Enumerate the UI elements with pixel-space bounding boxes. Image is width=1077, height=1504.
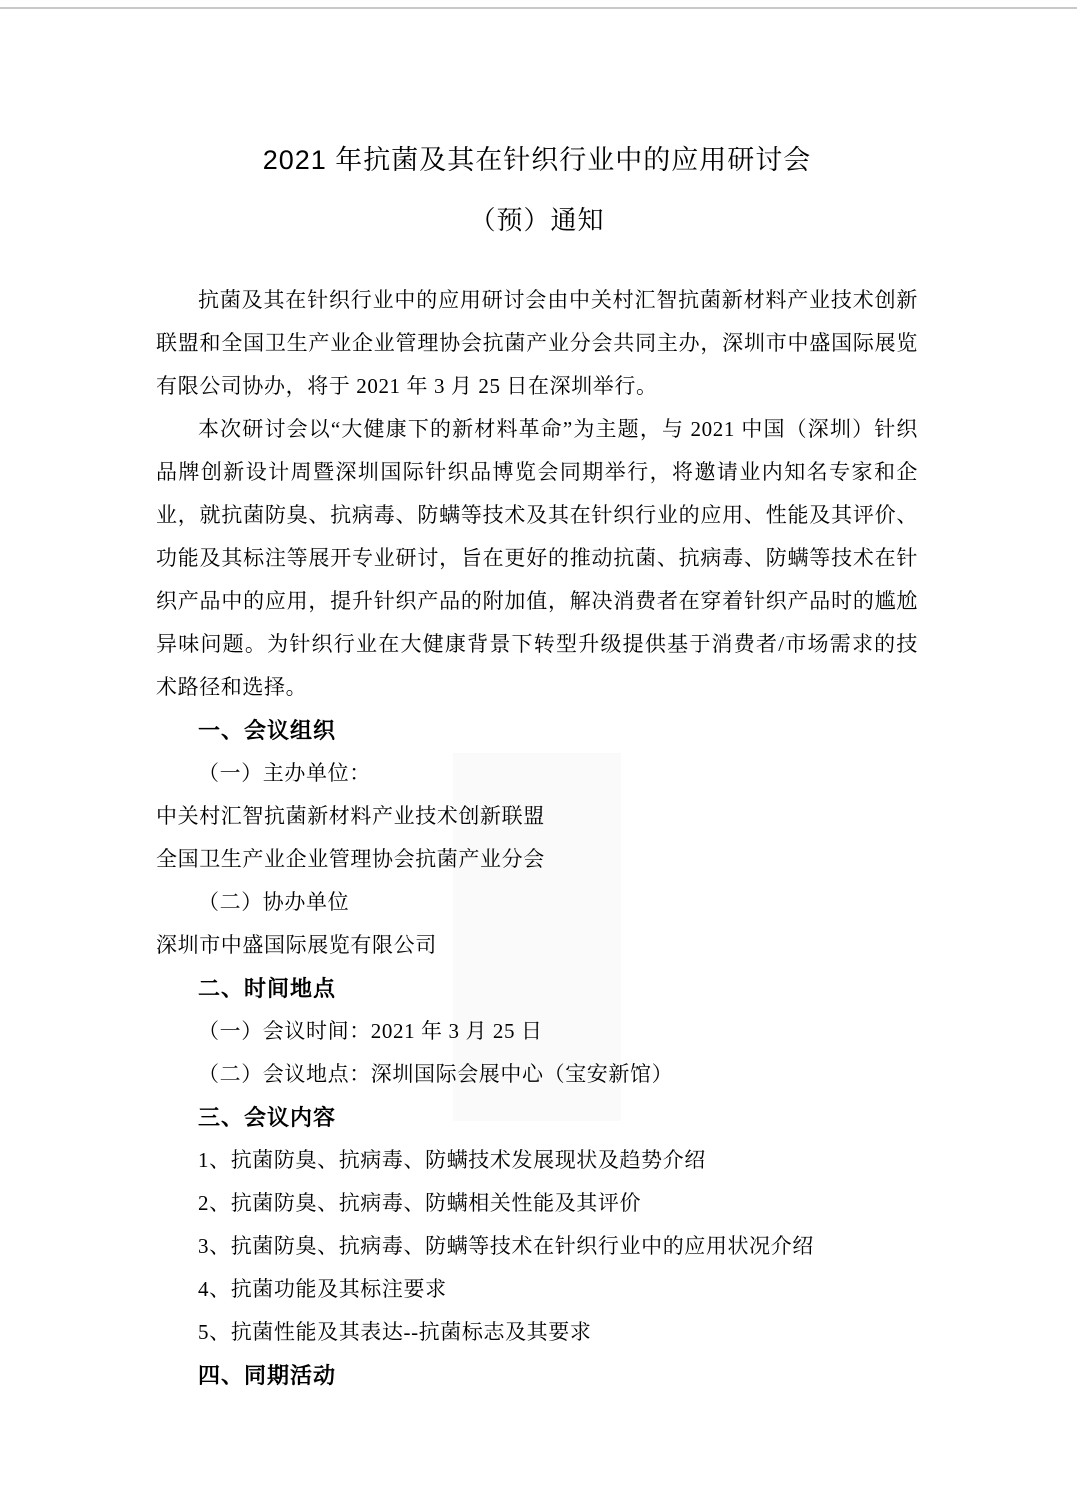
document-subtitle: （预）通知: [156, 203, 918, 237]
doc-line: （二）会议地点：深圳国际会展中心（宝安新馆）: [156, 1053, 918, 1096]
document-body: 抗菌及其在针织行业中的应用研讨会由中关村汇智抗菌新材料产业技术创新联盟和全国卫生…: [156, 279, 918, 1397]
doc-line: （二）协办单位: [156, 881, 918, 924]
doc-line: 4、抗菌功能及其标注要求: [156, 1268, 918, 1311]
section-heading-4: 四、同期活动: [156, 1354, 918, 1397]
doc-line: 1、抗菌防臭、抗病毒、防螨技术发展现状及趋势介绍: [156, 1139, 918, 1182]
doc-line: 2、抗菌防臭、抗病毒、防螨相关性能及其评价: [156, 1182, 918, 1225]
section-heading-3: 三、会议内容: [156, 1096, 918, 1139]
intro-paragraph-2: 本次研讨会以“大健康下的新材料革命”为主题，与 2021 中国（深圳）针织品牌创…: [156, 408, 918, 709]
intro-paragraph-1: 抗菌及其在针织行业中的应用研讨会由中关村汇智抗菌新材料产业技术创新联盟和全国卫生…: [156, 279, 918, 408]
doc-line: 中关村汇智抗菌新材料产业技术创新联盟: [156, 795, 918, 838]
document-page: 2021 年抗菌及其在针织行业中的应用研讨会 （预）通知 抗菌及其在针织行业中的…: [0, 0, 1077, 1504]
doc-line: （一）主办单位：: [156, 752, 918, 795]
doc-line: 全国卫生产业企业管理协会抗菌产业分会: [156, 838, 918, 881]
document-content: 2021 年抗菌及其在针织行业中的应用研讨会 （预）通知 抗菌及其在针织行业中的…: [156, 0, 918, 1397]
document-title: 2021 年抗菌及其在针织行业中的应用研讨会: [156, 143, 918, 177]
doc-line: 5、抗菌性能及其表达--抗菌标志及其要求: [156, 1311, 918, 1354]
section-heading-2: 二、时间地点: [156, 967, 918, 1010]
doc-line: 3、抗菌防臭、抗病毒、防螨等技术在针织行业中的应用状况介绍: [156, 1225, 918, 1268]
section-heading-1: 一、会议组织: [156, 709, 918, 752]
doc-line: （一）会议时间：2021 年 3 月 25 日: [156, 1010, 918, 1053]
doc-line: 深圳市中盛国际展览有限公司: [156, 924, 918, 967]
